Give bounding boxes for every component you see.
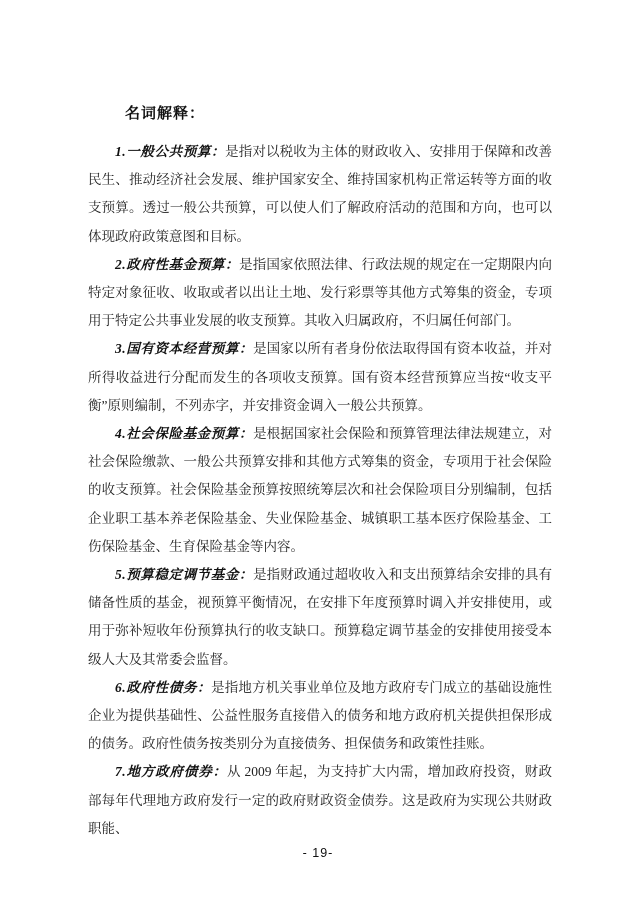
definition-paragraph: 4.社会保险基金预算：是根据国家社会保险和预算管理法律法规建立，对社会保险缴款、… [88, 420, 552, 561]
term-label: 3.国有资本经营预算： [115, 341, 253, 356]
definition-paragraph: 6.政府性债务：是指地方机关事业单位及地方政府专门成立的基础设施性企业为提供基础… [88, 674, 552, 759]
definition-paragraph: 3.国有资本经营预算：是国家以所有者身份依法取得国有资本收益，并对所得收益进行分… [88, 335, 552, 420]
definition-paragraph: 7.地方政府债券：从 2009 年起，为支持扩大内需，增加政府投资，财政部每年代… [88, 758, 552, 843]
page-number: - 19- [0, 846, 636, 860]
term-label: 2.政府性基金预算： [115, 257, 239, 272]
term-label: 7.地方政府债券： [115, 764, 227, 779]
term-label: 5.预算稳定调节基金： [115, 567, 253, 582]
term-label: 4.社会保险基金预算： [115, 426, 253, 441]
term-label: 1.一般公共预算： [115, 144, 225, 159]
definition-paragraph: 1.一般公共预算：是指对以税收为主体的财政收入、安排用于保障和改善民生、推动经济… [88, 138, 552, 251]
document-page: 名词解释： 1.一般公共预算：是指对以税收为主体的财政收入、安排用于保障和改善民… [0, 0, 636, 900]
definition-paragraph: 5.预算稳定调节基金：是指财政通过超收收入和支出预算结余安排的具有储备性质的基金… [88, 561, 552, 674]
document-body: 名词解释： 1.一般公共预算：是指对以税收为主体的财政收入、安排用于保障和改善民… [88, 102, 552, 843]
page-title: 名词解释： [88, 102, 552, 123]
definition-paragraph: 2.政府性基金预算：是指国家依照法律、行政法规的规定在一定期限内向特定对象征收、… [88, 251, 552, 336]
term-definition: 是根据国家社会保险和预算管理法律法规建立，对社会保险缴款、一般公共预算安排和其他… [88, 426, 552, 554]
term-label: 6.政府性债务： [115, 680, 211, 695]
